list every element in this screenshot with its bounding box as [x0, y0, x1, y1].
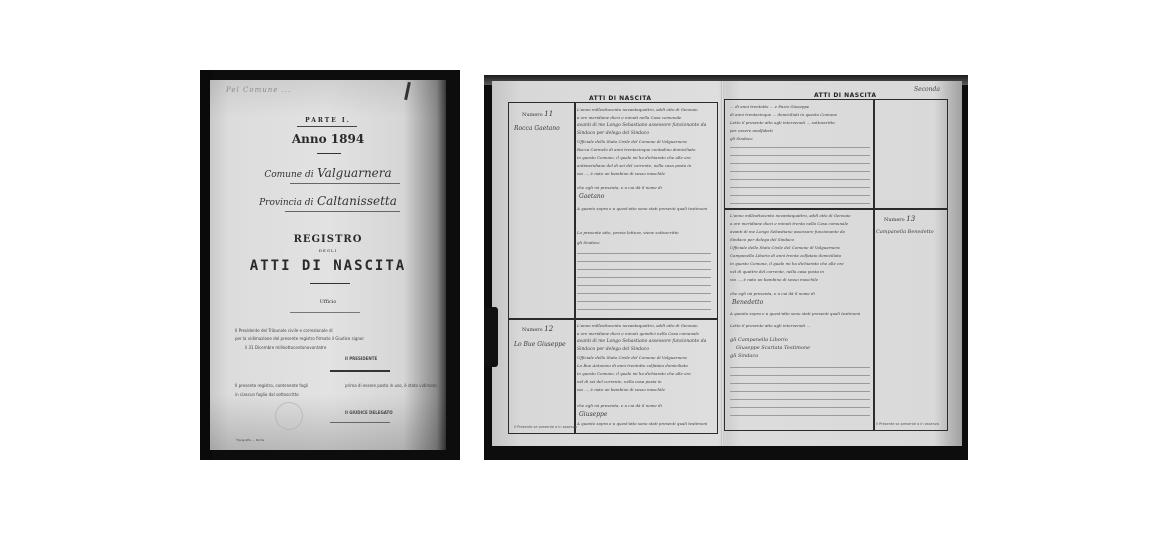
blank-line: [730, 391, 870, 392]
entry-line: via ..., è nato un bambino di sesso masc…: [577, 387, 665, 392]
blank-line: [577, 285, 711, 286]
underline: [290, 183, 400, 184]
entry-line: via ..., è nato un bambino di sesso masc…: [730, 277, 818, 282]
comune-field: Comune di Valguarnera: [210, 166, 446, 180]
entry-line: Lo Bue Antonino di anni trentotto zolfat…: [577, 363, 688, 368]
divider: [310, 283, 350, 284]
cover-page-scan: Pel Comune ... PARTE I. Anno 1894 Comune…: [200, 70, 460, 460]
registro-heading: REGISTRO: [210, 234, 446, 245]
binding-clip: [484, 307, 498, 367]
comune-label: Comune di: [264, 170, 313, 180]
entry-line: antimeridiane del di sei del corrente, n…: [577, 163, 691, 168]
entry-line: A quanto sopra e a quest'atto sono stati…: [577, 421, 707, 426]
entry-line: Sindaco per delega del Sindaco: [577, 131, 649, 136]
official-stamp: [275, 402, 303, 430]
giudice-label: Il GIUDICE DELEGATO: [345, 410, 393, 415]
blank-line: [577, 309, 711, 310]
blank-line: [730, 179, 870, 180]
certificate-line: li 31 Dicembre milleottocentonovantatre: [245, 345, 326, 350]
entry-line: che egli mi presenta, e a cui dà il nome…: [730, 291, 815, 296]
entry-line: Lo presente atto, previa lettura, viene …: [577, 230, 679, 235]
presidente-signature: [330, 370, 390, 372]
blank-line: [577, 301, 711, 302]
presidente-label: Il PRESIDENTE: [345, 356, 377, 361]
blank-line: [730, 375, 870, 376]
underline: [290, 312, 360, 313]
entry-name: Rocca Gaetano: [514, 125, 560, 132]
blank-line: [730, 399, 870, 400]
entry-line: ... di anni trentotto ... e Fazio Giusep…: [730, 104, 809, 109]
entry-number: Numero 11: [522, 110, 553, 118]
entry-line: Sindaco per delega del Sindaco: [577, 347, 649, 352]
entry-line: via ..., è nato un bambino di sesso masc…: [577, 171, 665, 176]
blank-line: [730, 147, 870, 148]
cover-scribble: Pel Comune ...: [226, 86, 291, 94]
blank-line: [577, 253, 711, 254]
entry-line: Rocca Carmelo di anni trentacinque conta…: [577, 147, 695, 152]
entry-name: Campanella Benedetto: [876, 229, 934, 235]
given-name: Giuseppe: [579, 411, 607, 418]
certificate-line: in ciascun foglio dal sottoscritto: [235, 392, 299, 397]
entry-line: avanti di me Longo Sebastiano assessore …: [730, 229, 845, 234]
anno-heading: Anno 1894: [210, 132, 446, 146]
entry-line: gli Sindaco: [730, 136, 753, 141]
entry-line: L'anno milleottocento novantaquattro, ad…: [577, 107, 698, 112]
blank-line: [730, 407, 870, 408]
blank-line: [730, 203, 870, 204]
entry-line: a ore meridiane dieci e minuti trenta ne…: [730, 221, 848, 226]
ufficio-label: Ufficio: [210, 299, 446, 305]
entry-name: Lo Bue Giuseppe: [514, 341, 566, 348]
cover-title: ATTI DI NASCITA: [210, 258, 446, 274]
comune-value: Valguarnera: [317, 166, 392, 180]
entry-line: L'anno milleottocento novantaquattro, ad…: [577, 323, 698, 328]
entry-line: Ufficiale dello Stato Civile del Comune …: [730, 245, 840, 250]
blank-line: [730, 383, 870, 384]
entry-number: Numero 12: [522, 325, 553, 333]
degli-label: DEGLI: [210, 248, 446, 253]
entry-divider: [725, 208, 947, 210]
giudice-signature: [330, 422, 390, 423]
given-name: Gaetano: [579, 193, 604, 200]
entry-line: di anni trentacinque ... domiciliati in …: [730, 112, 837, 117]
register-spread-scan: ATTI DI NASCITA Numero 11 Rocca Gaetano …: [484, 75, 968, 460]
entry-line: avanti di me Longo Sebastiano assessore …: [577, 339, 706, 344]
left-page-header: ATTI DI NASCITA: [589, 95, 652, 102]
entry-line: nel di quattro del corrente, nella casa …: [730, 269, 824, 274]
entry-number: Numero 13: [884, 215, 915, 223]
blank-line: [730, 171, 870, 172]
entry-line: A quanto sopra e a quest'atto sono stati…: [730, 311, 860, 316]
blank-line: [730, 187, 870, 188]
provincia-value: Caltanissetta: [317, 194, 397, 208]
blank-line: [577, 269, 711, 270]
entry-line: per essere analfabeti: [730, 128, 773, 133]
entry-line: in questo Comune, il quale mi ha dichiar…: [577, 155, 691, 160]
entry-line: in questo Comune, il quale mi ha dichiar…: [577, 371, 691, 376]
blank-line: [577, 293, 711, 294]
signature-line: gli Campanella Liborio: [730, 337, 788, 343]
entry-line: in questo Comune, il quale mi ha dichiar…: [730, 261, 844, 266]
entry-line: che egli mi presenta, e a cui dà il nome…: [577, 185, 662, 190]
printer-imprint: Tipografia ... Roma: [236, 438, 264, 442]
entry-line: gli Sindaco: [577, 240, 600, 245]
entry-line: a ore meridiane dieci e minuti quindici …: [577, 331, 699, 336]
footnote: Il Presente se presente o in assenza: [514, 425, 577, 429]
entry-line: Letto il presente atto agli intervenuti …: [730, 323, 810, 328]
underline: [285, 211, 400, 212]
right-page-header: ATTI DI NASCITA: [814, 92, 877, 99]
footnote: Il Presente se presente o in assenza: [876, 422, 939, 426]
corner-note: Seconda: [914, 86, 940, 93]
entry-divider: [509, 318, 717, 320]
given-name: Benedetto: [732, 299, 763, 306]
parte-label: PARTE I.: [210, 117, 446, 124]
column-divider: [873, 100, 875, 430]
certificate-line: Il Presidente del Tribunale civile e cor…: [235, 328, 333, 333]
blank-line: [730, 155, 870, 156]
certificate-line: per la vidimazione del presente registro…: [235, 336, 364, 341]
divider: [317, 153, 341, 154]
blank-line: [730, 163, 870, 164]
entry-line: L'anno milleottocento novantaquattro, ad…: [730, 213, 851, 218]
blank-line: [730, 415, 870, 416]
certificate-line: prima di essere posto in uso, è stato vi…: [345, 383, 437, 388]
divider: [297, 126, 357, 127]
column-divider: [574, 103, 576, 433]
blank-line: [730, 367, 870, 368]
entry-line: Ufficiale dello Stato Civile del Comune …: [577, 139, 687, 144]
entry-line: A quanto sopra e a quest'atto sono stati…: [577, 206, 707, 211]
entry-line: Campanella Liborio di anni trenta zolfat…: [730, 253, 841, 258]
certificate-line: Il presente registro, contenente fogli: [235, 383, 308, 388]
entry-line: avanti di me Longo Sebastiano assessore …: [577, 123, 706, 128]
entry-line: Ufficiale dello Stato Civile del Comune …: [577, 355, 687, 360]
signature-line: Giuseppe Scarlata Testimone: [736, 345, 810, 351]
entry-line: nel di sei del corrente, nella casa post…: [577, 379, 662, 384]
entry-line: che egli mi presenta, e a cui dà il nome…: [577, 403, 662, 408]
entry-line: Letto il presente atto agli intervenuti …: [730, 120, 835, 125]
blank-line: [577, 261, 711, 262]
entry-line: Sindaco per delega del Sindaco: [730, 237, 794, 242]
entry-line: a ore meridiane dieci e minuti nella Cas…: [577, 115, 681, 120]
signature-line: gli Sindaco: [730, 353, 758, 359]
provincia-field: Provincia di Caltanissetta: [210, 194, 446, 208]
provincia-label: Provincia di: [259, 198, 313, 208]
blank-line: [577, 277, 711, 278]
blank-line: [730, 195, 870, 196]
